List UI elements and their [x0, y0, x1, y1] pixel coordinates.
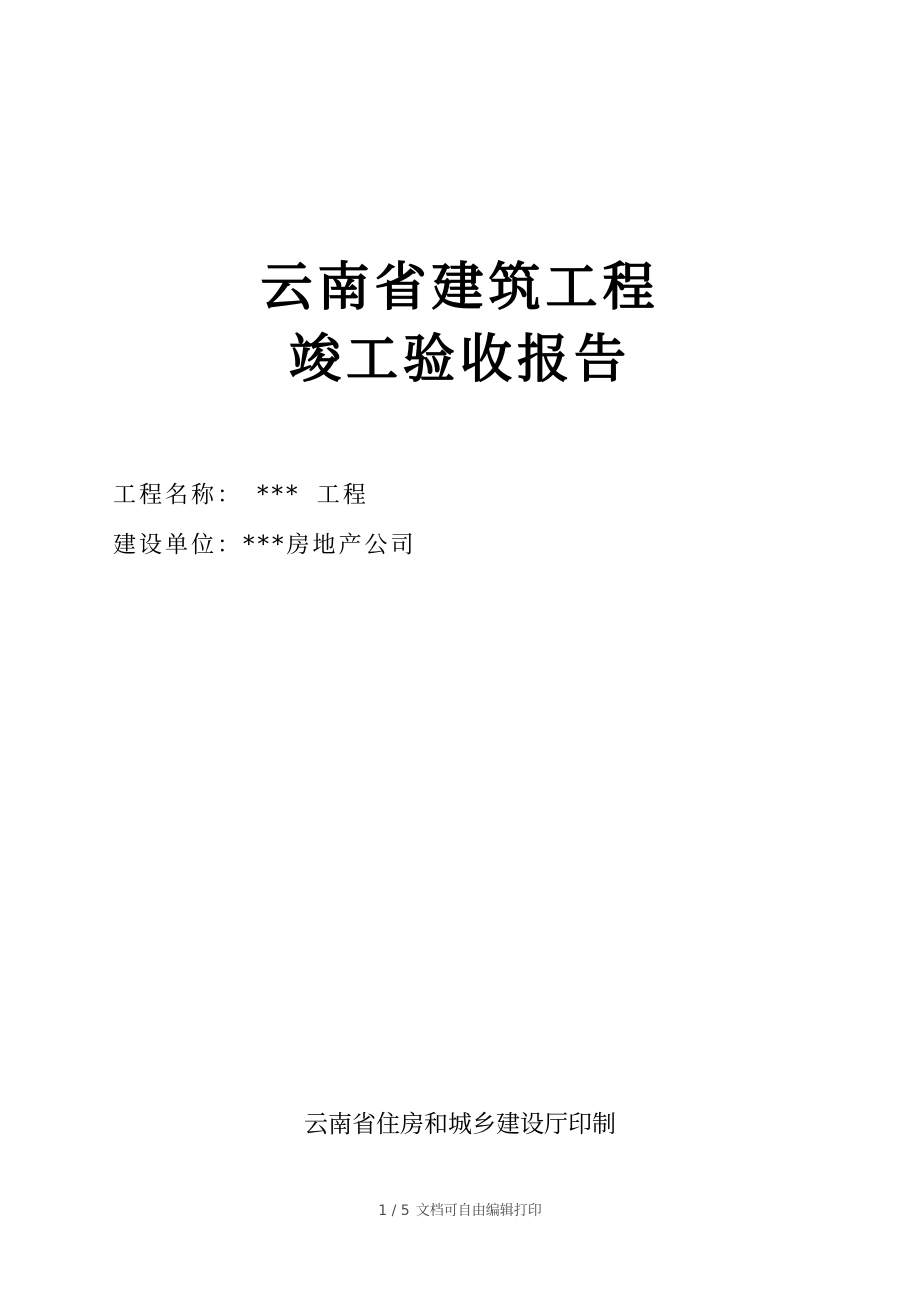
title-line-2: 竣工验收报告 [0, 324, 920, 396]
project-info-block: 工程名称：*** 工程 建设单位：***房地产公司 [113, 470, 417, 570]
title-line-1: 云南省建筑工程 [0, 252, 920, 324]
project-name-label: 工程名称： [113, 482, 243, 508]
issuer-line: 云南省住房和城乡建设厅印制 [0, 1106, 920, 1142]
construction-unit-row: 建设单位：***房地产公司 [113, 520, 417, 570]
project-name-row: 工程名称：*** 工程 [113, 470, 417, 520]
project-name-value: *** 工程 [257, 482, 369, 508]
construction-unit-label: 建设单位： [113, 532, 243, 558]
footer-note: 文档可自由编辑打印 [416, 1203, 542, 1219]
document-page: 云南省建筑工程 竣工验收报告 工程名称：*** 工程 建设单位：***房地产公司… [0, 0, 920, 1302]
page-number-indicator: 1 / 5 [378, 1203, 409, 1219]
document-title: 云南省建筑工程 竣工验收报告 [0, 252, 920, 396]
page-footer: 1 / 5文档可自由编辑打印 [0, 1202, 920, 1220]
construction-unit-value: ***房地产公司 [243, 532, 417, 558]
